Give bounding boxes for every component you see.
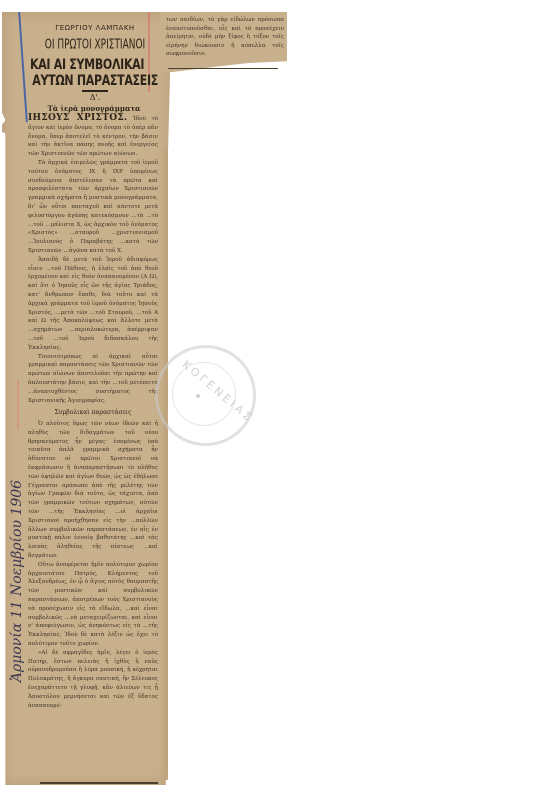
paragraph-3: Ἀπαιδὴ δὲ μετὰ τοῦ Ἱεροῦ ἀδιαφόρως εἶσιν… [28,256,158,353]
red-pencil-mark-lower [17,380,19,430]
paragraph-2: Τὰ ἀρχικὰ ἐπιμελῶς γράμματα τοῦ ἱεροῦ το… [28,159,158,256]
handwritten-date-note: Ἁρμονία 11 Νοεμβρίου 1906 [9,451,31,711]
article-body-part1: ΙΗΣΟΥΣ ΧΡΙΣΤΟΣ. Ἰδοὺ τὸ ἅγιον καὶ ἱερὸν … [28,114,158,710]
clipping-edge-strip [164,150,168,780]
subheading: Τὰ ἱερὰ μονογράμματα [30,104,158,113]
bottom-rule [40,782,158,784]
archive-stamp: ΚΟΓΕΝΕΙΑΣ [155,345,256,446]
top-fragment-text: των παιδίων, τὸ γὰρ εἰδώλων πρόσωπα ἐναπ… [166,16,284,59]
section2-paragraph-3: «Αἱ δὲ σφραγῖδες ἡμῖν, λέγει ὁ ἱερὸς Πατ… [28,649,158,711]
paragraph-4: Τοιουτοτρόπως αἱ ἀρχικαὶ αὗται γραμμικαὶ… [28,353,158,406]
title-line-3: ΑΥΤΩΝ ΠΑΡΑΣΤΑΣΕΙΣ [30,72,158,89]
title-line-2: ΚΑΙ ΑΙ ΣΥΜΒΟΛΙΚΑΙ [30,56,160,73]
title-line-1: ΟΙ ΠΡΩΤΟΙ ΧΡΙΣΤΙΑΝΟΙ [30,38,160,52]
stamp-dot [196,394,200,398]
lead-caps: ΙΗΣΟΥΣ ΧΡΙΣΤΟΣ. [28,113,127,123]
top-fragment-rule [168,68,278,69]
lead-paragraph: ΙΗΣΟΥΣ ΧΡΙΣΤΟΣ. Ἰδοὺ τὸ ἅγιον καὶ ἱερὸν … [28,114,158,159]
section-heading: Συμβολικαὶ παραστάσεις [28,409,158,418]
part-number: Δ'. [40,93,150,102]
section2-paragraph-1: Ὁ πλοῦτος ὅμως τῶν νέων ἰδεῶν καὶ ἡ πληθ… [28,420,158,561]
author-name: ΓΕΩΡΓΙΟΥ ΛΑΜΠΑΚΗ [40,24,150,32]
section2-paragraph-2: Οὕτω ἀναφέρεται ἡμῖν πολύτιμον χωρίον ἀρ… [28,561,158,649]
title-divider [82,90,108,92]
